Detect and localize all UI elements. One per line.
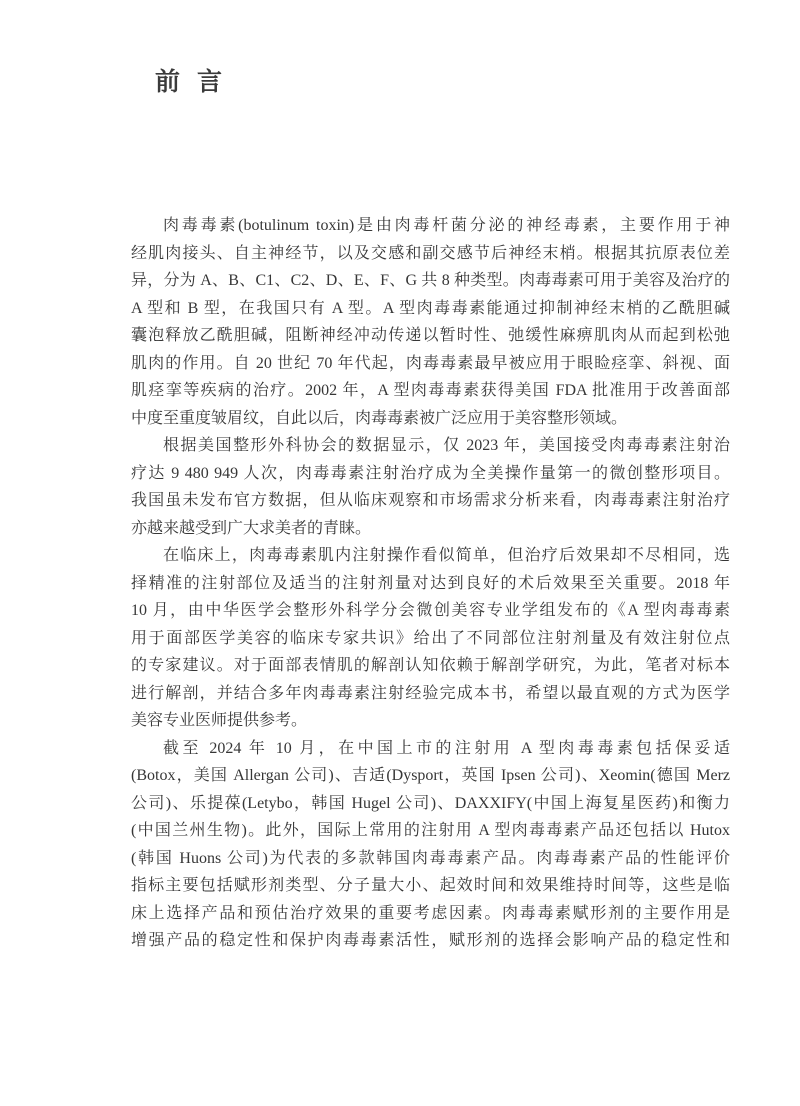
paragraph: 截至 2024 年 10 月，在中国上市的注射用 A 型肉毒毒素包括保妥适(Bo… <box>131 735 730 955</box>
book-page: 前 言 肉毒毒素(botulinum toxin)是由肉毒杆菌分泌的神经毒素，主… <box>0 0 800 1106</box>
text-line: 肉毒毒素(botulinum toxin)是由肉毒杆菌分泌的神经毒素，主要作用于… <box>131 212 730 240</box>
text-line: (韩国 Huons 公司)为代表的多款韩国肉毒毒素产品。肉毒毒素产品的性能评价 <box>131 845 730 873</box>
text-line: (中国兰州生物)。此外，国际上常用的注射用 A 型肉毒毒素产品还包括以 Huto… <box>131 817 730 845</box>
text-line: 进行解剖，并结合多年肉毒毒素注射经验完成本书，希望以最直观的方式为医学 <box>131 680 730 708</box>
text-line: 增强产品的稳定性和保护肉毒毒素活性，赋形剂的选择会影响产品的稳定性和 <box>131 927 730 955</box>
text-line: 的专家建议。对于面部表情肌的解剖认知依赖于解剖学研究，为此，笔者对标本 <box>131 652 730 680</box>
paragraph: 在临床上，肉毒毒素肌内注射操作看似简单，但治疗后效果却不尽相同，选择精准的注射部… <box>131 542 730 735</box>
text-line: A 型和 B 型，在我国只有 A 型。A 型肉毒毒素能通过抑制神经末梢的乙酰胆碱 <box>131 295 730 323</box>
page-title: 前 言 <box>155 70 223 95</box>
paragraph: 肉毒毒素(botulinum toxin)是由肉毒杆菌分泌的神经毒素，主要作用于… <box>131 212 730 432</box>
text-line: 择精准的注射部位及适当的注射剂量对达到良好的术后效果至关重要。2018 年 <box>131 570 730 598</box>
text-line: 中度至重度皱眉纹，自此以后，肉毒毒素被广泛应用于美容整形领域。 <box>131 405 730 433</box>
text-line: 10 月，由中华医学会整形外科学分会微创美容专业学组发布的《A 型肉毒毒素 <box>131 597 730 625</box>
text-line: 根据美国整形外科协会的数据显示，仅 2023 年，美国接受肉毒毒素注射治 <box>131 432 730 460</box>
text-line: 异，分为 A、B、C1、C2、D、E、F、G 共 8 种类型。肉毒毒素可用于美容… <box>131 267 730 295</box>
text-line: 床上选择产品和预估治疗效果的重要考虑因素。肉毒毒素赋形剂的主要作用是 <box>131 900 730 928</box>
text-line: 疗达 9 480 949 人次，肉毒毒素注射治疗成为全美操作量第一的微创整形项目… <box>131 460 730 488</box>
text-line: 囊泡释放乙酰胆碱，阻断神经冲动传递以暂时性、弛缓性麻痹肌肉从而起到松弛 <box>131 322 730 350</box>
text-line: (Botox，美国 Allergan 公司)、吉适(Dysport，英国 Ips… <box>131 762 730 790</box>
preface-body: 肉毒毒素(botulinum toxin)是由肉毒杆菌分泌的神经毒素，主要作用于… <box>131 212 730 955</box>
text-line: 指标主要包括赋形剂类型、分子量大小、起效时间和效果维持时间等，这些是临 <box>131 872 730 900</box>
text-line: 亦越来越受到广大求美者的青睐。 <box>131 515 730 543</box>
text-line: 在临床上，肉毒毒素肌内注射操作看似简单，但治疗后效果却不尽相同，选 <box>131 542 730 570</box>
text-line: 经肌肉接头、自主神经节，以及交感和副交感节后神经末梢。根据其抗原表位差 <box>131 240 730 268</box>
text-line: 用于面部医学美容的临床专家共识》给出了不同部位注射剂量及有效注射位点 <box>131 625 730 653</box>
text-line: 肌痉挛等疾病的治疗。2002 年，A 型肉毒毒素获得美国 FDA 批准用于改善面… <box>131 377 730 405</box>
paragraph: 根据美国整形外科协会的数据显示，仅 2023 年，美国接受肉毒毒素注射治疗达 9… <box>131 432 730 542</box>
text-line: 我国虽未发布官方数据，但从临床观察和市场需求分析来看，肉毒毒素注射治疗 <box>131 487 730 515</box>
text-line: 美容专业医师提供参考。 <box>131 707 730 735</box>
text-line: 肌肉的作用。自 20 世纪 70 年代起，肉毒毒素最早被应用于眼睑痉挛、斜视、面 <box>131 350 730 378</box>
text-line: 截至 2024 年 10 月，在中国上市的注射用 A 型肉毒毒素包括保妥适 <box>131 735 730 763</box>
text-line: 公司)、乐提葆(Letybo，韩国 Hugel 公司)、DAXXIFY(中国上海… <box>131 790 730 818</box>
